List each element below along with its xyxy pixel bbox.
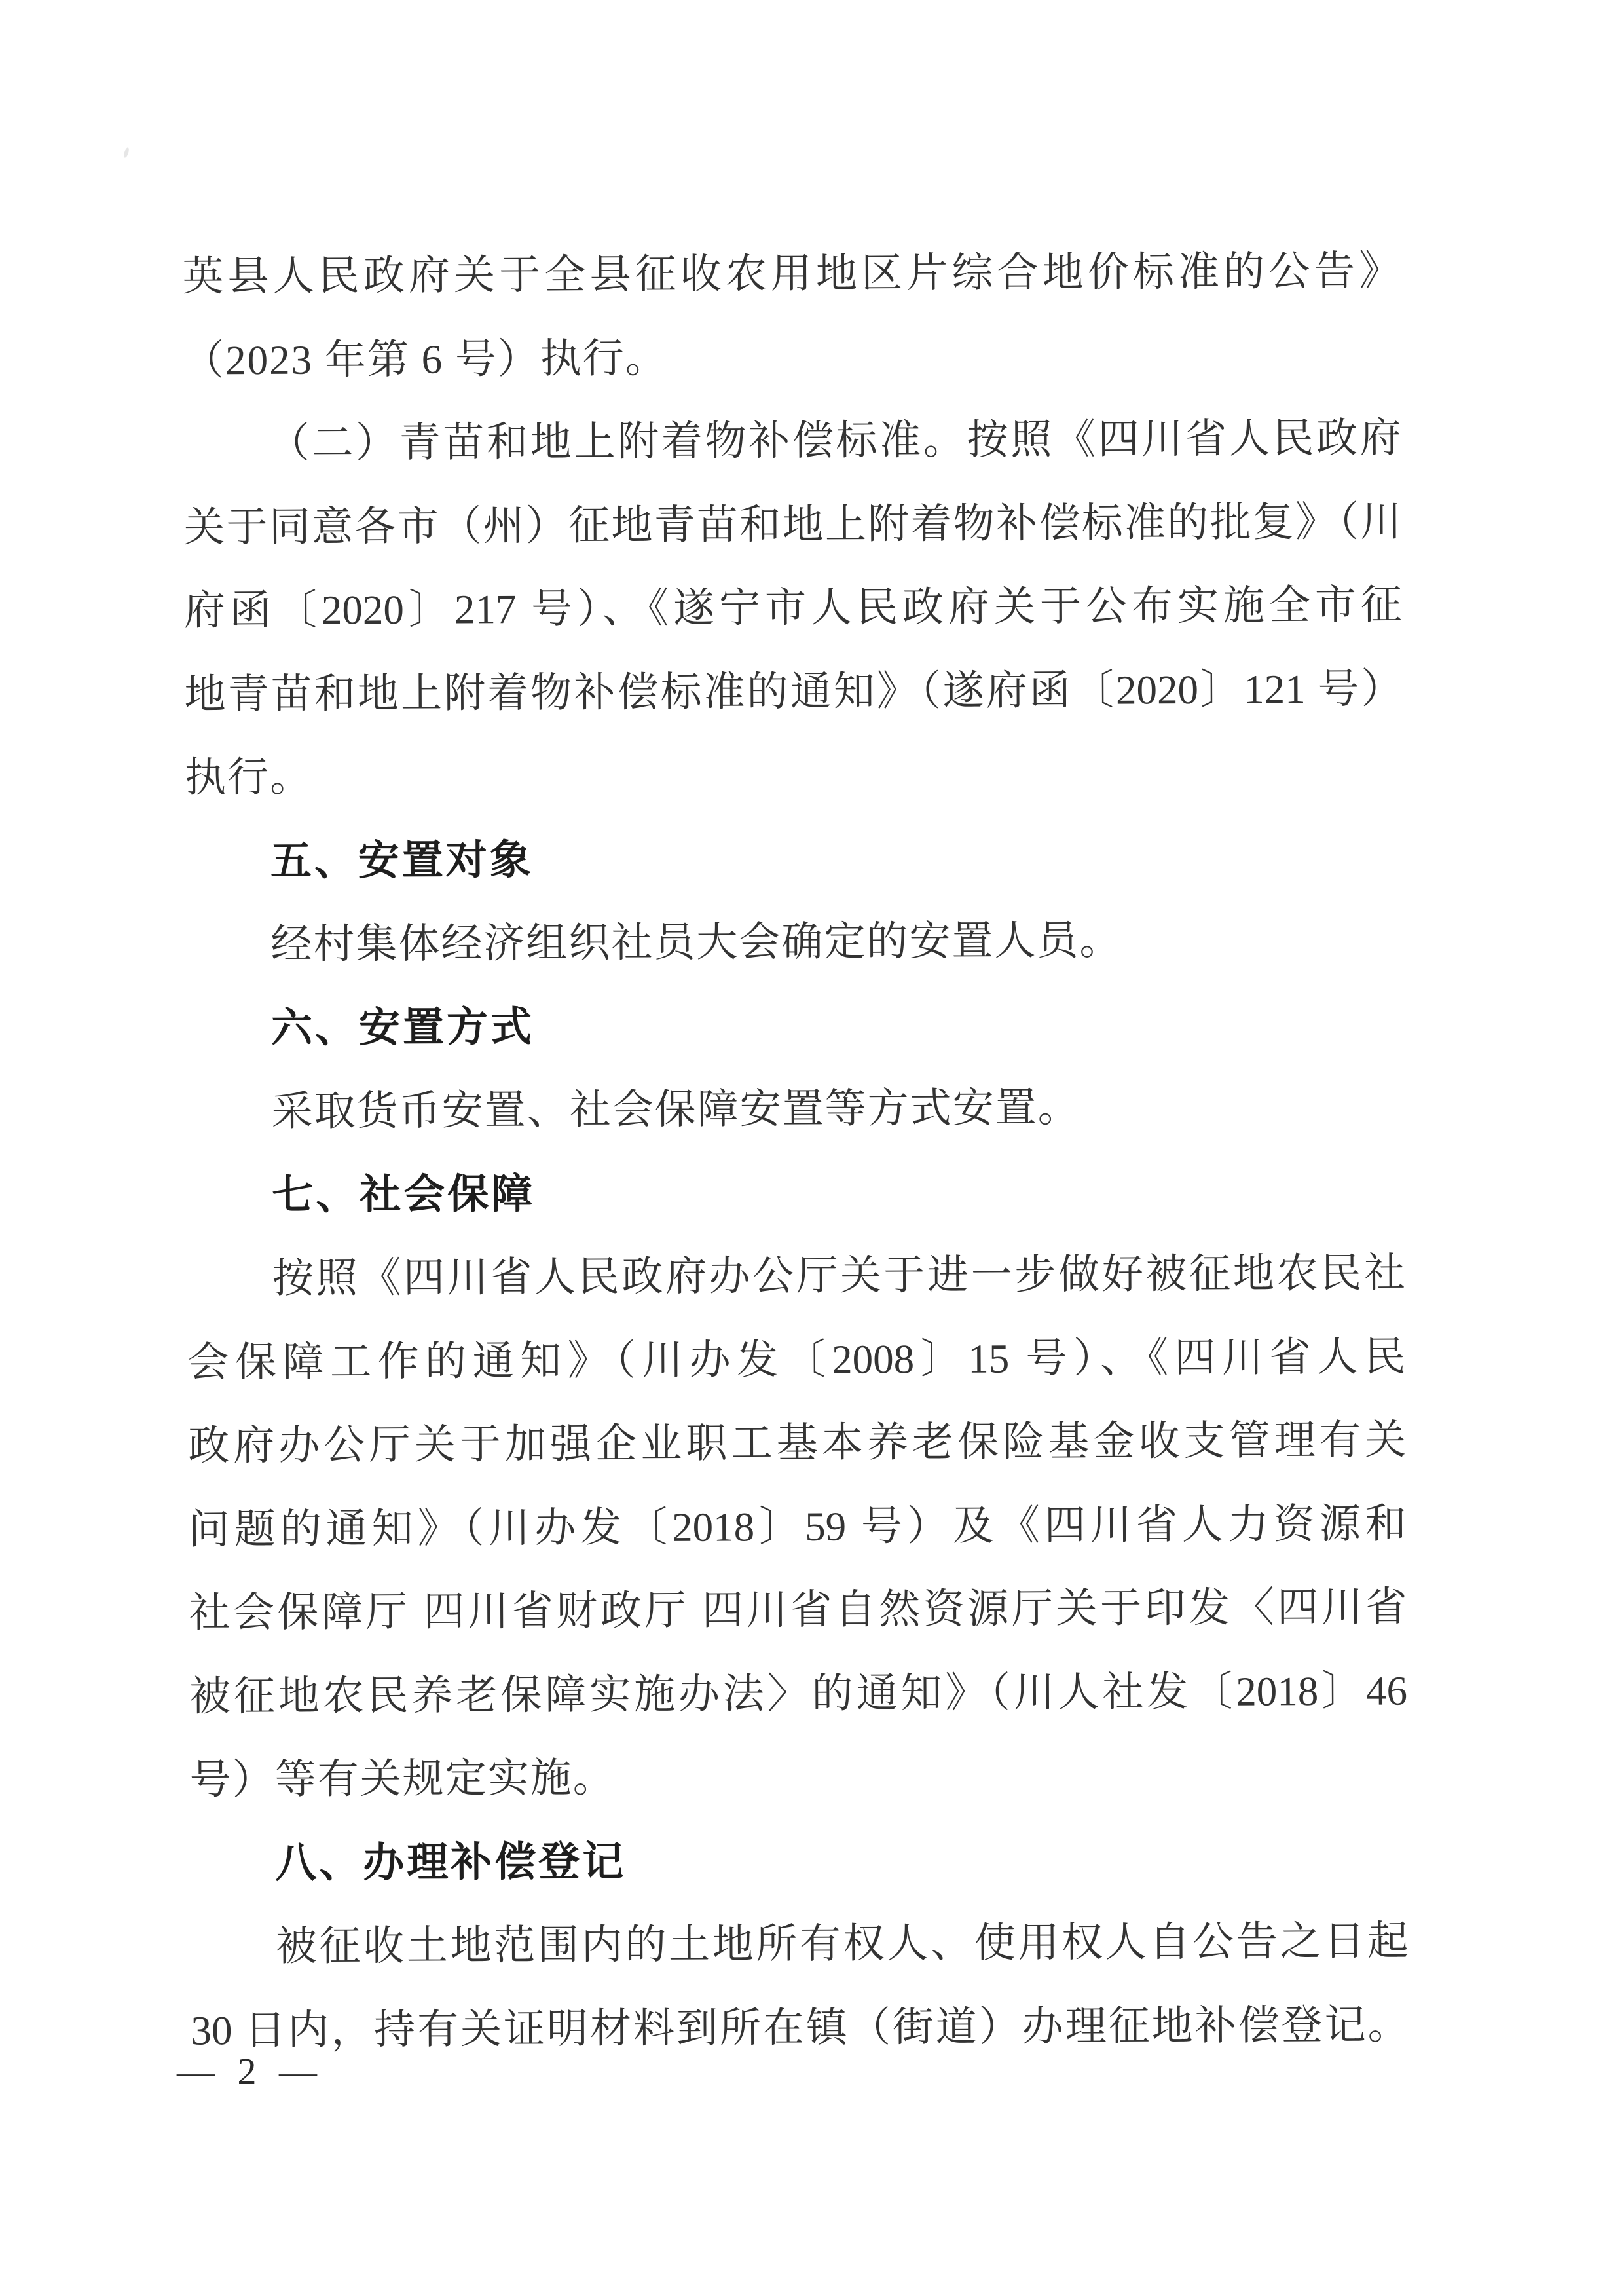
document-body: 英县人民政府关于全县征收农用地区片综合地价标准的公告》 （2023 年第 6 号…	[182, 229, 1409, 2072]
doc-line: 政府办公厅关于加强企业职工基本养老保险基金收支管理有关	[188, 1398, 1407, 1488]
doc-line: （二）青苗和地上附着物补偿标准。按照《四川省人民政府	[183, 396, 1401, 486]
section-heading: 五、安置对象	[185, 814, 1404, 904]
doc-line: 社会保障厅 四川省财政厅 四川省自然资源厅关于印发〈四川省	[189, 1565, 1407, 1655]
doc-line: 被征地农民养老保障实施办法〉的通知》（川人社发〔2018〕46	[189, 1649, 1408, 1739]
section-heading: 七、社会保障	[187, 1148, 1405, 1238]
section-heading: 六、安置方式	[186, 981, 1405, 1071]
doc-line: 地青苗和地上附着物补偿标准的通知》（遂府函〔2020〕121 号）	[184, 647, 1403, 737]
section-heading: 八、办理补偿登记	[190, 1816, 1409, 1906]
doc-line: 经村集体经济组织社员大会确定的安置人员。	[185, 897, 1404, 987]
doc-line: 会保障工作的通知》（川办发〔2008〕15 号）、《四川省人民	[187, 1315, 1406, 1405]
doc-line: 采取货币安置、社会保障安置等方式安置。	[186, 1064, 1405, 1154]
scanned-document-page: 英县人民政府关于全县征收农用地区片综合地价标准的公告》 （2023 年第 6 号…	[0, 0, 1624, 2295]
doc-line: 英县人民政府关于全县征收农用地区片综合地价标准的公告》	[182, 229, 1401, 319]
doc-line: 按照《四川省人民政府办公厅关于进一步做好被征地农民社	[187, 1231, 1406, 1321]
doc-line: 执行。	[185, 730, 1403, 820]
scan-artifact	[123, 147, 130, 158]
doc-line: （2023 年第 6 号）执行。	[183, 313, 1401, 403]
doc-line: 号）等有关规定实施。	[189, 1732, 1408, 1822]
doc-line: 关于同意各市（州）征地青苗和地上附着物补偿标准的批复》（川	[183, 480, 1402, 570]
doc-line: 问题的通知》（川办发〔2018〕59 号）及《四川省人力资源和	[189, 1482, 1407, 1572]
doc-line: 30 日内，持有关证明材料到所在镇（街道）办理征地补偿登记。	[191, 1983, 1409, 2073]
page-number: — 2 —	[177, 2042, 323, 2101]
doc-line: 府函〔2020〕217 号）、《遂宁市人民政府关于公布实施全市征	[184, 563, 1403, 653]
doc-line: 被征收土地范围内的土地所有权人、使用权人自公告之日起	[191, 1899, 1409, 1989]
